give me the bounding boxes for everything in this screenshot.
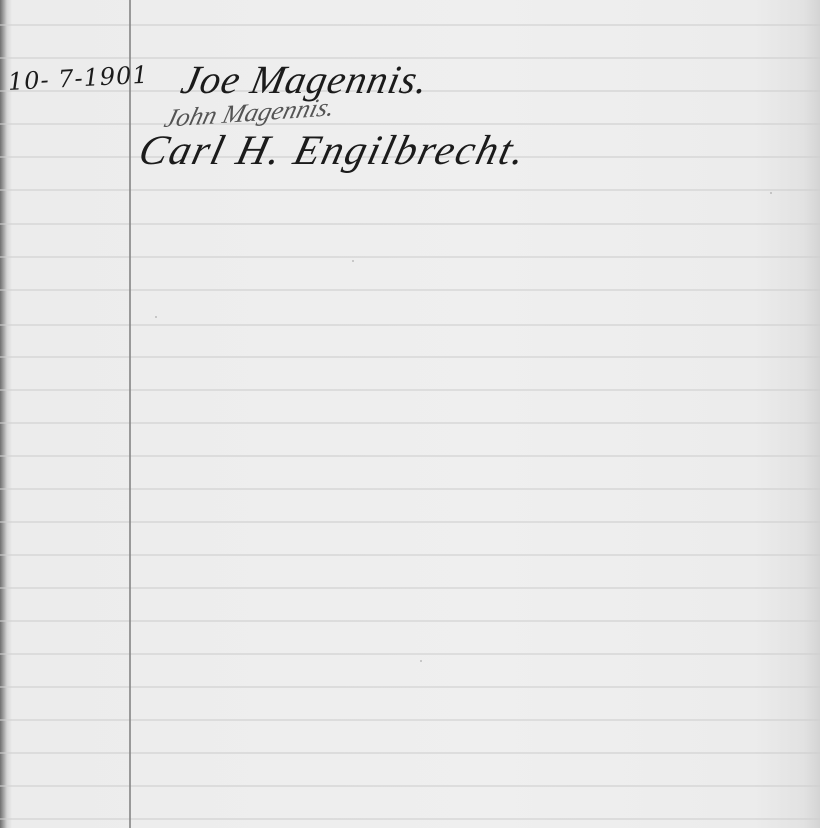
paper-speck [420,660,422,662]
paper-speck [352,260,354,262]
margin-line [129,0,131,828]
signature-carl-engilbrecht: Carl H. Engilbrecht. [135,130,532,172]
paper-speck [770,192,772,194]
ruled-lines [0,0,820,828]
paper-speck [155,316,157,318]
ledger-page: 10- 7-1901 Joe Magennis. John Magennis. … [0,0,820,828]
entry-date: 10- 7-1901 [7,63,149,94]
